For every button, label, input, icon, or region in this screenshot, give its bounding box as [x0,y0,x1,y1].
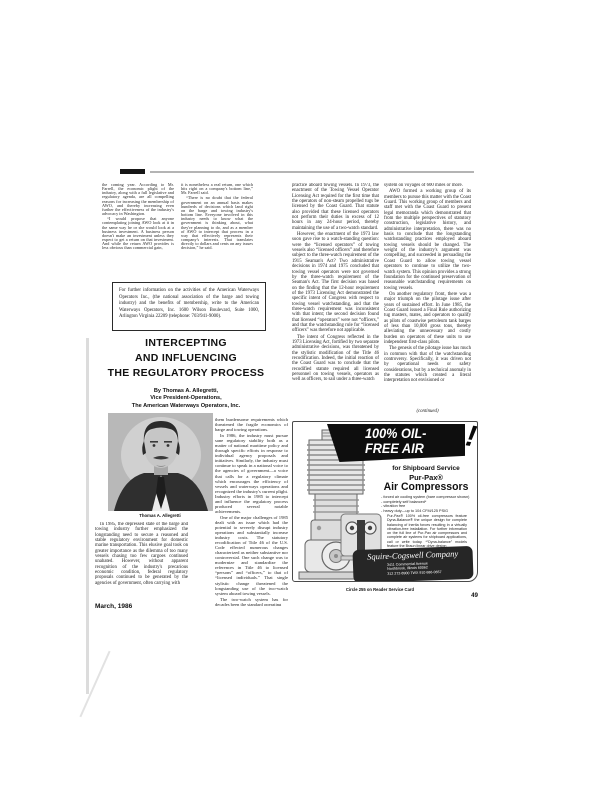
byline-line: By Thomas A. Allegretti, [95,388,277,395]
article-column-2: it is nonetheless a real return, one whi… [181,183,253,267]
scan-mark-line [150,171,474,173]
article-paragraph: them burdensome requirements which threa… [215,417,288,432]
scan-page-edge-curve [79,651,110,718]
photo-caption: Thomas A. Allegretti [100,513,220,518]
article-paragraph: However, the enactment of the 1973 law s… [292,232,379,334]
article-title-line: INTERCEPTING [95,336,277,351]
pur-pax-ad: 100% OIL- FREE AIR ! for Shipboard Servi… [292,421,478,582]
ad-product-name: Air Compressors [379,481,472,493]
article-paragraph: The two-watch system has for decades bee… [215,597,288,606]
ad-feature-list: forced air cooling system (bare compress… [381,495,477,513]
ad-feature-item: heavy duty—up to 104 CFM/125 PSIG [381,509,477,514]
article-paragraph: system on voyages of 600 miles or more. [384,183,471,188]
article-title: INTERCEPTING AND INFLUENCING THE REGULAT… [95,336,277,381]
article-paragraph: the coming year. According to Mr. Farrel… [102,183,174,216]
byline-line: Vice President-Operations, [95,395,277,402]
company-address: 3411 Commercial AvenueNorthbrook, Illino… [387,560,471,576]
article-title-line: AND INFLUENCING [95,351,277,366]
portrait-illustration [108,413,213,511]
ad-subhead: for Shipboard Service [377,465,475,472]
article-paragraph: it is nonetheless a real return, one whi… [181,183,253,195]
exclamation-icon: ! [463,421,478,455]
article-column-left-bottom: In 1985, the depressed state of the barg… [95,522,188,601]
magazine-page: the coming year. According to Mr. Farrel… [0,0,600,800]
article-column-mid-bottom: them burdensome requirements which threa… [215,417,288,606]
article-column-3: practice aboard towing vessels. In 1973,… [292,183,379,416]
reader-service-note: Circle 255 on Reader Service Card [300,587,460,592]
continued-note: (continued) [384,409,471,414]
article-paragraph: On another regulatory front, there was a… [384,292,471,345]
folio-page-number: 49 [458,592,478,599]
article-paragraph: In 1985, the depressed state of the barg… [95,522,188,586]
ad-body-copy: Pur-Pax® 100% oil-free compressors featu… [387,514,467,548]
article-paragraph: “There is no doubt that the federal gove… [181,196,253,250]
oil-free-air-banner: 100% OIL- FREE AIR [327,424,465,462]
article-column-1: the coming year. According to Mr. Farrel… [102,183,174,267]
scan-mark-dash [120,169,145,174]
article-paragraph: The intent of Congress reflected in the … [292,335,379,383]
article-title-line: THE REGULATORY PROCESS [95,366,277,381]
article-paragraph: AWO formed a working group of its member… [384,189,471,291]
portrait-photo [108,413,213,511]
article-paragraph: One of the major challenges of 1985 deal… [215,515,288,596]
ad-feature-item: forced air cooling system (bare compress… [381,495,477,500]
article-paragraph: In 1986, the industry must pursue sane r… [215,433,288,514]
byline-line: The American Waterways Operators, Inc. [95,403,277,410]
article-paragraph: “I would propose that anyone contemplati… [102,217,174,250]
membership-info-box: For further information on the activitie… [112,282,266,331]
ad-headline-line1: 100% OIL- [365,426,426,441]
article-paragraph: The genesis of the pilotage issue has mu… [384,346,471,383]
scan-page-edge-left [86,338,89,694]
folio-date: March, 1986 [95,603,132,610]
ad-headline-line2: FREE AIR [365,441,424,456]
article-column-4: system on voyages of 600 miles or more.A… [384,183,471,407]
company-band: Squire-Cogswell Company 3411 Commercial … [352,546,473,582]
article-paragraph: practice aboard towing vessels. In 1973,… [292,183,379,231]
article-byline: By Thomas A. Allegretti,Vice President-O… [95,388,277,410]
